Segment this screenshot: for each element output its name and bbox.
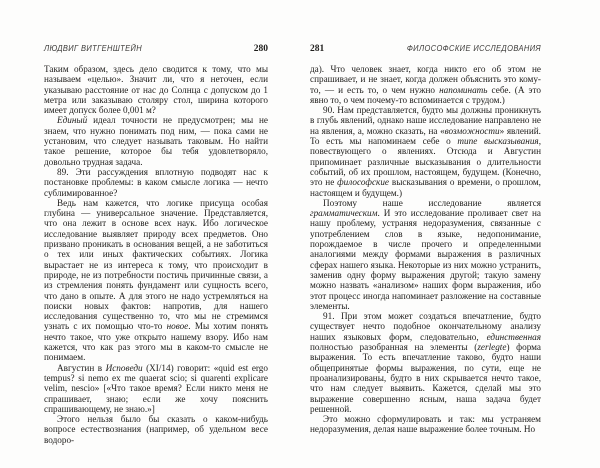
paragraph: 91. При этом может создаться впечатление… [310,311,541,414]
running-head-title-author: ЛЮДВИГ ВИТГЕНШТЕЙН [44,44,142,53]
emphasized-text: zerlegte [477,342,506,352]
body-text-run: полностью разобранная на элементы ( [310,342,477,352]
emphasized-text: грамматическим [310,208,378,218]
body-text-run: Этого нельзя было бы сказать о каком-ниб… [44,414,268,445]
body-text-run: Таким образом, здесь дело сводится к том… [44,64,268,115]
paragraph: 90. Нам представляется, будто мы должны … [310,105,541,198]
page-number-left: 280 [254,44,268,54]
paragraph: Единый идеал точности не предусмотрен; м… [44,115,268,166]
page-right: 281 ФИЛОСОФСКИЕ ИССЛЕДОВАНИЯ да). Что че… [310,44,541,435]
running-head-left: ЛЮДВИГ ВИТГЕНШТЕЙН 280 [44,44,268,55]
emphasized-text: напоминать [439,85,487,95]
body-text-run: Поэтому наше исследование является [323,198,541,208]
running-head-title-book: ФИЛОСОФСКИЕ ИССЛЕДОВАНИЯ [407,44,541,53]
paragraph: Таким образом, здесь дело сводится к том… [44,64,268,115]
emphasized-text: философские [337,177,389,187]
page-number-right: 281 [310,44,324,54]
page-right-body: да). Что человек знает, когда никто его … [310,64,541,435]
body-text-run: Это можно сформулировать и так: мы устра… [310,414,541,434]
emphasized-text: типе высказывания [457,136,538,146]
body-text-run: ) форма выражения. То есть впечатление т… [310,342,541,414]
body-text-run: 89. Эти рассуждения вплотную подводят на… [44,167,268,198]
emphasized-text: единственная [487,332,541,342]
emphasized-text: возможности [445,126,500,136]
page-left: ЛЮДВИГ ВИТГЕНШТЕЙН 280 Таким образом, зд… [44,44,268,445]
running-head-right: 281 ФИЛОСОФСКИЕ ИССЛЕДОВАНИЯ [310,44,541,55]
emphasized-text: новое [167,321,189,331]
body-text-run: Ведь нам кажется, что логике присуща осо… [44,198,268,332]
paragraph: 89. Эти рассуждения вплотную подводят на… [44,167,268,198]
paragraph: Этого нельзя было бы сказать о каком-ниб… [44,414,268,445]
paragraph: Ведь нам кажется, что логике присуща осо… [44,198,268,363]
body-text-run: Августин в [57,363,106,373]
paragraph: Поэтому наше исследование является грамм… [310,198,541,311]
paragraph: да). Что человек знает, когда никто его … [310,64,541,105]
emphasized-text: Единый [57,115,87,125]
paragraph: Это можно сформулировать и так: мы устра… [310,414,541,435]
paragraph: Августин в Исповеди (XI/14) говорит: «qu… [44,363,268,414]
emphasized-text: Исповеди [106,363,143,373]
book-spread: ЛЮДВИГ ВИТГЕНШТЕЙН 280 Таким образом, зд… [0,0,600,468]
page-left-body: Таким образом, здесь дело сводится к том… [44,64,268,445]
body-text-run: . И это исследование проливает свет на н… [310,208,541,311]
